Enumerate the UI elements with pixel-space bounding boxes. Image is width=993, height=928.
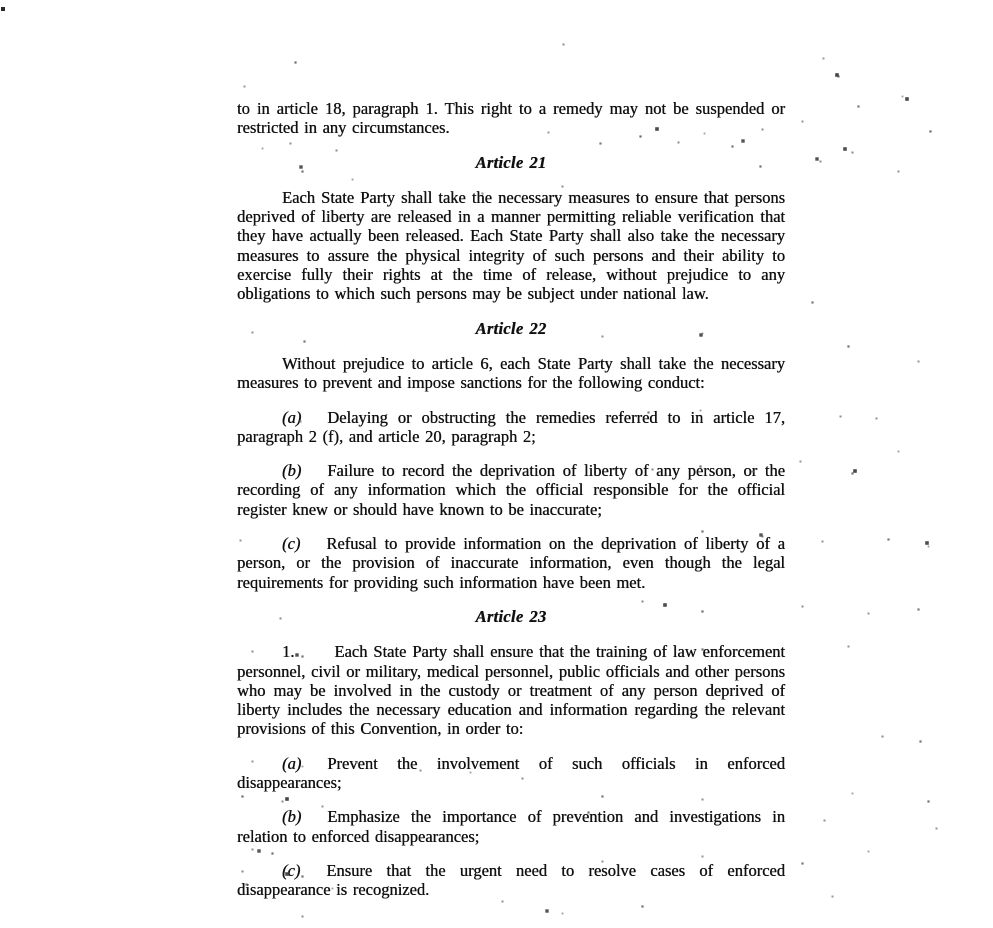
list-item: (a)Delaying or obstructing the remedies … [237,408,785,447]
article-heading: Article 21 [237,153,785,172]
list-item: 1.Each State Party shall ensure that the… [237,642,785,738]
list-item: (c)Ensure that the urgent need to resolv… [237,861,785,900]
list-item: (a)Prevent the involvement of such offic… [237,754,785,793]
item-marker: (b) [282,461,301,480]
article-heading: Article 22 [237,319,785,338]
paragraph: Without prejudice to article 6, each Sta… [237,354,785,393]
item-text: Failure to record the deprivation of lib… [237,461,785,519]
scan-noise-specks-dark [0,0,2,2]
list-item: (b)Failure to record the deprivation of … [237,461,785,519]
item-text: Each State Party shall ensure that the t… [237,642,785,738]
item-marker: 1. [282,642,294,661]
document-text-block: to in article 18, paragraph 1. This righ… [237,99,785,915]
item-marker: (c) [282,861,300,880]
scanned-document-page: to in article 18, paragraph 1. This righ… [0,0,993,928]
article-heading: Article 23 [237,607,785,626]
item-text: Refusal to provide information on the de… [237,534,785,592]
scan-noise-speckles [0,0,1,1]
item-text: Delaying or obstructing the remedies ref… [237,408,785,446]
item-text: Ensure that the urgent need to resolve c… [237,861,785,899]
paragraph: Each State Party shall take the necessar… [237,188,785,304]
item-marker: (a) [282,754,301,773]
item-marker: (b) [282,807,301,826]
item-marker: (c) [282,534,300,553]
item-text: Emphasize the importance of prevention a… [237,807,785,845]
item-text: Prevent the involvement of such official… [237,754,785,792]
list-item: (c)Refusal to provide information on the… [237,534,785,592]
paragraph: to in article 18, paragraph 1. This righ… [237,99,785,138]
list-item: (b)Emphasize the importance of preventio… [237,807,785,846]
item-marker: (a) [282,408,301,427]
